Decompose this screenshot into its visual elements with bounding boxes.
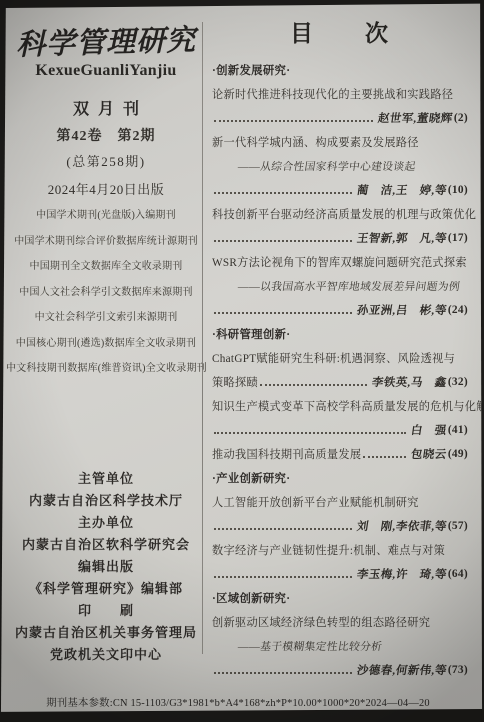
article-title-author-row: 推动我国科技期刊高质量发展包晓云(49): [212, 442, 468, 466]
total-issue: (总第258期): [10, 151, 202, 170]
section-label: ·产业创新研究·: [212, 466, 468, 490]
leader-dots: [214, 120, 373, 122]
index-line: 中文社会科学引文索引来源期刊: [6, 305, 206, 331]
publish-date: 2024年4月20日出版: [10, 179, 202, 198]
article-author-row: 沙德春,何新伟,等(73): [212, 658, 468, 682]
index-line: 中文科技期刊数据库(维普资讯)全文收录期刊: [6, 356, 206, 382]
index-line: 中国学术期刊综合评价数据库统计源期刊: [6, 229, 206, 255]
article-author-row: 孙亚洲,吕 彬,等(24): [212, 298, 468, 322]
article-subtitle-row: ——从综合性国家科学中心建设谈起: [212, 154, 468, 178]
article-title-row: WSR方法论视角下的智库双螺旋问题研究范式探索: [212, 250, 468, 274]
leader-dots: [260, 384, 367, 386]
journal-pinyin: KexueGuanliYanjiu: [10, 62, 202, 80]
leader-dots: [214, 528, 352, 530]
section-label: ·区域创新研究·: [212, 586, 468, 610]
article-page: (73): [448, 664, 468, 676]
article-page: (64): [448, 568, 468, 580]
article-author-row: 白 强(41): [212, 418, 468, 442]
article-author-row: 蔺 洁,王 婷,等(10): [212, 178, 468, 202]
volume-issue: 第42卷 第2期: [10, 125, 202, 145]
article-title-row: 科技创新平台驱动经济高质量发展的机理与政策优化: [212, 202, 468, 226]
leader-dots: [214, 672, 352, 674]
article-title-row: 人工智能开放创新平台产业赋能机制研究: [212, 490, 468, 514]
article-title: 创新驱动区域经济绿色转型的组态路径研究: [212, 614, 430, 630]
toc-column: 目 次 ·创新发展研究· 论新时代推进科技现代化的主要挑战和实践路径 赵世军,董…: [212, 14, 468, 682]
index-line: 中国人文社会科学引文数据库来源期刊: [6, 280, 206, 306]
article-authors: 蔺 洁,王 婷,等: [356, 182, 448, 198]
article-title-row: 论新时代推进科技现代化的主要挑战和实践路径: [212, 82, 468, 106]
org-line: 编辑出版: [10, 556, 202, 578]
article-page: (32): [448, 376, 468, 388]
article-authors: 刘 刚,李依菲,等: [356, 518, 448, 534]
article-title: 新一代科学城内涵、构成要素及发展路径: [212, 134, 419, 150]
article-page: (17): [448, 232, 468, 244]
article-author-row: 王智新,郭 凡,等(17): [212, 226, 468, 250]
article-title-author-row: 策略探赜李铁英,马 鑫(32): [212, 370, 468, 394]
article-page: (57): [448, 520, 468, 532]
column-divider: [202, 22, 203, 654]
article-authors: 白 强: [410, 422, 448, 438]
journal-page: 科学管理研究 KexueGuanliYanjiu 双月刊 第42卷 第2期 (总…: [0, 0, 484, 722]
article-title: 科技创新平台驱动经济高质量发展的机理与政策优化: [212, 206, 476, 222]
publisher-block: 主管单位 内蒙古自治区科学技术厅 主办单位 内蒙古自治区软科学研究会 编辑出版 …: [10, 468, 202, 666]
article-title: WSR方法论视角下的智库双螺旋问题研究范式探索: [212, 254, 467, 270]
article-title-row: 创新驱动区域经济绿色转型的组态路径研究: [212, 610, 468, 634]
index-line: 中国核心期刊(遴选)数据库全文收录期刊: [6, 331, 206, 357]
journal-title-calligraphy: 科学管理研究: [9, 17, 202, 63]
article-authors: 沙德春,何新伟,等: [356, 662, 448, 678]
org-line: 内蒙古自治区软科学研究会: [10, 534, 202, 556]
leader-dots: [214, 432, 406, 434]
article-subtitle: ——从综合性国家科学中心建设谈起: [211, 159, 417, 174]
article-page: (49): [448, 448, 468, 460]
org-line: 主办单位: [10, 512, 202, 534]
article-page: (24): [448, 304, 468, 316]
article-page: (41): [448, 424, 468, 436]
article-author-row: 刘 刚,李依菲,等(57): [212, 514, 468, 538]
article-authors: 李铁英,马 鑫: [371, 374, 448, 390]
frequency-label: 双月刊: [10, 96, 202, 119]
index-line: 中国期刊全文数据库全文收录期刊: [6, 254, 206, 280]
org-line: 《科学管理研究》编辑部: [10, 578, 202, 600]
article-subtitle: ——以我国高水平智库地域发展差异问题为例: [211, 279, 461, 294]
org-line: 印 刷: [10, 600, 202, 622]
article-title: 数字经济与产业链韧性提升:机制、难点与对策: [212, 542, 445, 558]
article-title-row: 新一代科学城内涵、构成要素及发展路径: [212, 130, 468, 154]
leader-dots: [214, 240, 352, 242]
toc-title: 目 次: [212, 14, 468, 58]
leader-dots: [214, 576, 352, 578]
article-title-row: 数字经济与产业链韧性提升:机制、难点与对策: [212, 538, 468, 562]
article-subtitle: ——基于模糊集定性比较分析: [211, 639, 383, 654]
leader-dots: [214, 312, 352, 314]
article-subtitle-row: ——基于模糊集定性比较分析: [212, 634, 468, 658]
section-label: ·创新发展研究·: [212, 58, 468, 82]
article-authors: 孙亚洲,吕 彬,等: [356, 302, 448, 318]
article-title: ChatGPT赋能研究生科研:机遇洞察、风险透视与: [212, 350, 455, 366]
article-title: 推动我国科技期刊高质量发展: [212, 446, 361, 462]
index-line: 中国学术期刊(光盘版)入编期刊: [6, 203, 206, 229]
article-authors: 包晓云: [410, 446, 448, 462]
section-label: ·科研管理创新·: [212, 322, 468, 346]
article-author-row: 赵世军,董晓辉(2): [212, 106, 468, 130]
article-title-row: ChatGPT赋能研究生科研:机遇洞察、风险透视与: [212, 346, 468, 370]
article-page: (2): [454, 112, 468, 124]
indexing-list: 中国学术期刊(光盘版)入编期刊 中国学术期刊综合评价数据库统计源期刊 中国期刊全…: [6, 203, 206, 382]
article-subtitle-row: ——以我国高水平智库地域发展差异问题为例: [212, 274, 468, 298]
journal-photo: 科学管理研究 KexueGuanliYanjiu 双月刊 第42卷 第2期 (总…: [0, 0, 484, 722]
article-title-row: 知识生产模式变革下高校学科高质量发展的危机与化解: [212, 394, 468, 418]
article-page: (10): [448, 184, 468, 196]
org-line: 主管单位: [10, 468, 202, 490]
org-line: 内蒙古自治区科学技术厅: [10, 490, 202, 512]
article-title-continued: 策略探赜: [212, 374, 258, 390]
org-line: 党政机关文印中心: [10, 644, 202, 666]
article-title: 论新时代推进科技现代化的主要挑战和实践路径: [212, 86, 453, 102]
article-title: 人工智能开放创新平台产业赋能机制研究: [212, 494, 419, 510]
leader-dots: [363, 456, 406, 458]
article-authors: 王智新,郭 凡,等: [356, 230, 448, 246]
leader-dots: [214, 192, 352, 194]
journal-params-footer: 期刊基本参数:CN 15-1103/G3*1981*b*A4*168*zh*P*…: [0, 694, 476, 709]
org-line: 内蒙古自治区机关事务管理局: [10, 622, 202, 644]
article-title: 知识生产模式变革下高校学科高质量发展的危机与化解: [212, 398, 484, 414]
article-authors: 赵世军,董晓辉: [377, 110, 454, 126]
article-author-row: 李玉梅,许 琦,等(64): [212, 562, 468, 586]
article-authors: 李玉梅,许 琦,等: [356, 566, 448, 582]
